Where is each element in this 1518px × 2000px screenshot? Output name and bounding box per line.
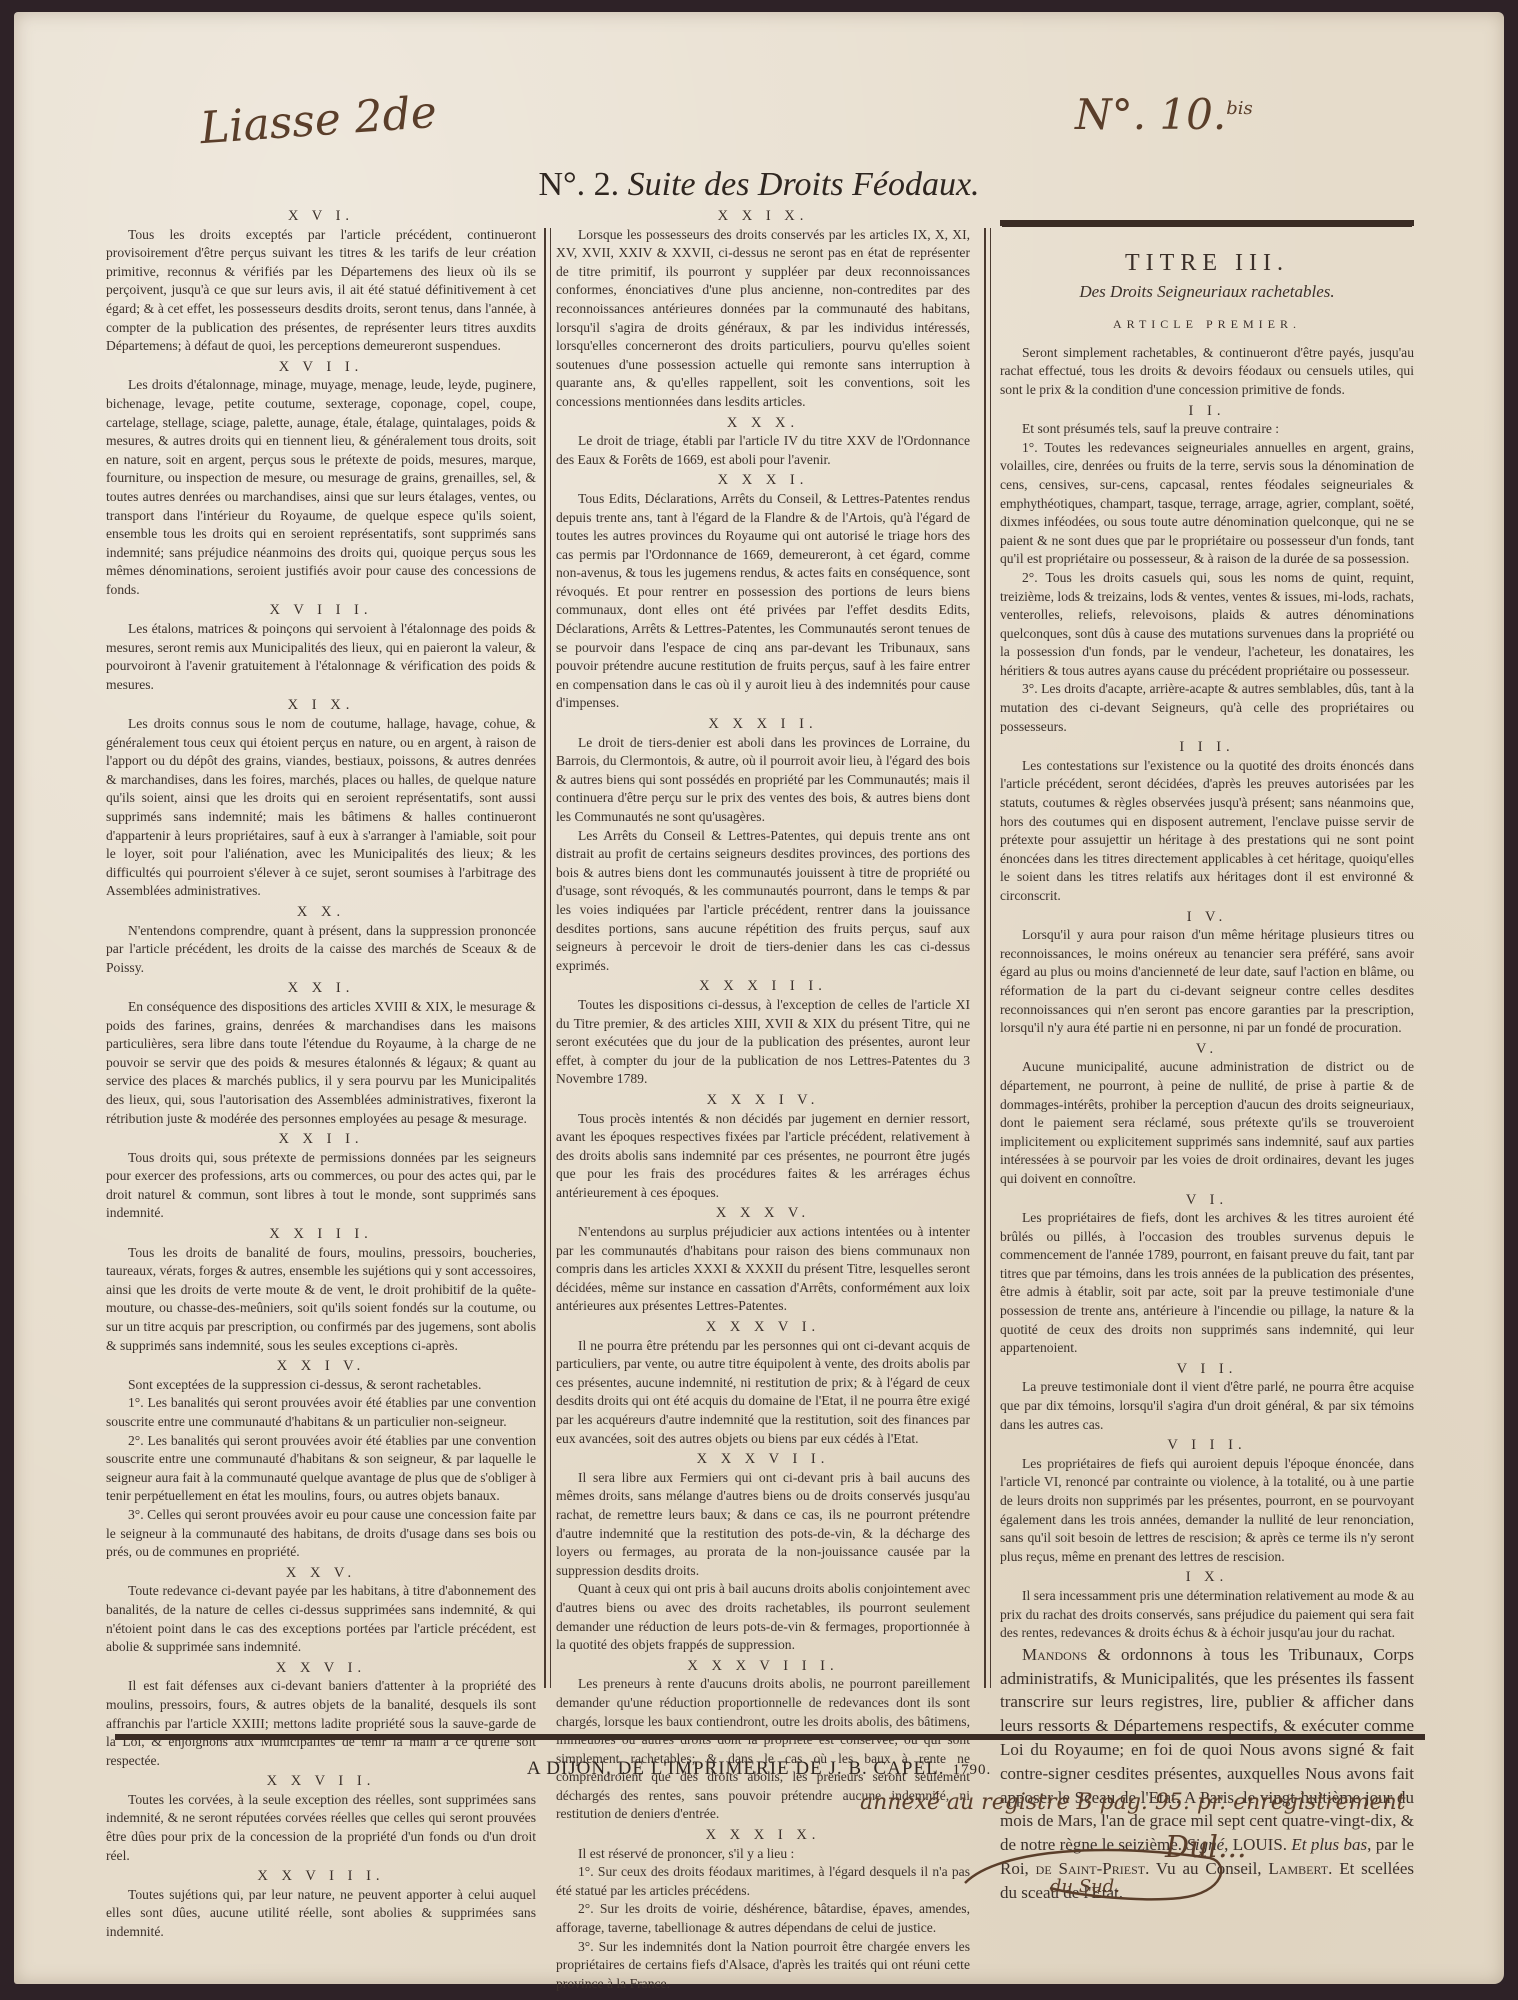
handwritten-number-note: N°. 10.bis [1075, 90, 1253, 139]
title-number: N°. 2. [538, 166, 619, 203]
article-number: X X I. [106, 979, 536, 998]
article-number: X V I I. [106, 358, 536, 377]
article-number: X X I V. [106, 1357, 536, 1376]
article-number: X X I I I. [106, 1225, 536, 1244]
printer-imprint: A DIJON, DE L'IMPRIMERIE DE J. B. CAPEL.… [0, 1758, 1518, 1780]
page-title: N°. 2. Suite des Droits Féodaux. [0, 166, 1518, 204]
closing-text-1: & ordonnons à tous les Tribunaux, Corps … [1000, 1645, 1414, 1854]
article-paragraph: Il ne pourra être prétendu par les perso… [556, 1337, 970, 1449]
article-number: X X X V I I. [556, 1450, 970, 1469]
article-paragraph: 2°. Tous les droits casuels qui, sous le… [1000, 569, 1414, 681]
article-number: V. [1000, 1040, 1414, 1059]
article-paragraph: 1°. Sur ceux des droits féodaux maritime… [556, 1863, 970, 1900]
article-paragraph: N'entendons au surplus préjudicier aux a… [556, 1223, 970, 1316]
article-number: X X X I. [556, 471, 970, 490]
article-paragraph: Seront simplement rachetables, & continu… [1000, 344, 1414, 400]
handwritten-number: N°. 10. [1075, 90, 1226, 139]
article-paragraph: Les droits connus sous le nom de coutume… [106, 715, 536, 901]
article-number: X X V. [106, 1564, 536, 1583]
article-paragraph: 2°. Sur les droits de voirie, déshérence… [556, 1900, 970, 1937]
title-text: Suite des Droits Féodaux. [628, 166, 980, 203]
article-number: X X I I. [106, 1130, 536, 1149]
article-number: X X X V I. [556, 1318, 970, 1337]
article-paragraph: Les droits d'étalonnage, minage, muyage,… [106, 376, 536, 599]
article-paragraph: Quant à ceux qui ont pris à bail aucuns … [556, 1580, 970, 1654]
titre-articles: Seront simplement rachetables, & continu… [1000, 344, 1414, 1643]
closing-mandons: Mandons [1022, 1645, 1087, 1664]
article-number: X X X I I I. [556, 977, 970, 996]
article-paragraph: Le droit de triage, établi par l'article… [556, 432, 970, 469]
article-paragraph: Il sera incessamment pris une déterminat… [1000, 1587, 1414, 1643]
article-number: V I I I. [1000, 1436, 1414, 1455]
article-number: X X X I X. [556, 1826, 970, 1845]
article-paragraph: 3°. Sur les indemnités dont la Nation po… [556, 1938, 970, 1994]
article-paragraph: 2°. Les banalités qui seront prouvées av… [106, 1432, 536, 1506]
column-divider-2 [984, 228, 991, 1688]
article-paragraph: 3°. Celles qui seront prouvées avoir eu … [106, 1506, 536, 1562]
article-number: X X. [106, 903, 536, 922]
article-paragraph: Aucune municipalité, aucune administrati… [1000, 1058, 1414, 1188]
article-paragraph: Il est fait défenses aux ci-devant banie… [106, 1677, 536, 1770]
article-number: X X I X. [556, 207, 970, 226]
article-paragraph: 1°. Toutes les redevances seigneuriales … [1000, 439, 1414, 569]
column-3: TITRE III. Des Droits Seigneuriaux rache… [1000, 220, 1414, 1905]
article-paragraph: Le droit de tiers-denier est aboli dans … [556, 734, 970, 827]
article-paragraph: Tous Edits, Déclarations, Arrêts du Cons… [556, 490, 970, 713]
article-paragraph: Toute redevance ci-devant payée par les … [106, 1582, 536, 1656]
article-number: X X X I V. [556, 1091, 970, 1110]
article-paragraph: Lorsque les possesseurs des droits conse… [556, 226, 970, 412]
article-paragraph: Toutes les dispositions ci-dessus, à l'e… [556, 996, 970, 1089]
article-paragraph: 1°. Les banalités qui seront prouvées av… [106, 1394, 536, 1431]
signature-flourish-icon [960, 1838, 1240, 1908]
article-paragraph: Tous droits qui, sous prétexte de permis… [106, 1149, 536, 1223]
column-divider-1 [544, 228, 551, 1688]
article-number: X I X. [106, 696, 536, 715]
article-paragraph: La preuve testimoniale dont il vient d'ê… [1000, 1378, 1414, 1434]
closing-lambert: Lambert [1268, 1859, 1328, 1878]
article-number: X X V I. [106, 1659, 536, 1678]
article-number: X X X. [556, 414, 970, 433]
column-2: X X I X.Lorsque les possesseurs des droi… [556, 205, 970, 1993]
article-paragraph: Les propriétaires de fiefs, dont les arc… [1000, 1209, 1414, 1358]
article-paragraph: Les propriétaires de fiefs qui auroient … [1000, 1455, 1414, 1567]
article-number: I X. [1000, 1568, 1414, 1587]
article-number: V I. [1000, 1191, 1414, 1210]
handwritten-register-note: annexé au registre B pag. 95. pr. enregi… [860, 1790, 1405, 1815]
article-number: X V I I I. [106, 601, 536, 620]
imprint-year: 1790. [952, 1762, 991, 1778]
article-paragraph: Les contestations sur l'existence ou la … [1000, 757, 1414, 906]
titre-rule [1000, 220, 1414, 226]
handwritten-bis: bis [1226, 98, 1253, 119]
article-paragraph: Sont exceptées de la suppression ci-dess… [106, 1376, 536, 1395]
article-paragraph: Les étalons, matrices & poinçons qui ser… [106, 620, 536, 694]
imprint-text: A DIJON, DE L'IMPRIMERIE DE J. B. CAPEL. [527, 1758, 945, 1779]
article-paragraph: Tous les droits exceptés par l'article p… [106, 226, 536, 356]
titre-subtitle: Des Droits Seigneuriaux rachetables. [1000, 283, 1414, 302]
article-number: X X X V I I I. [556, 1657, 970, 1676]
article-paragraph: Toutes les corvées, à la seule exception… [106, 1791, 536, 1865]
closing-et-plus-bas: Et plus bas [1291, 1835, 1367, 1854]
article-paragraph: Et sont présumés tels, sauf la preuve co… [1000, 420, 1414, 439]
article-paragraph: En conséquence des dispositions des arti… [106, 998, 536, 1128]
footer-rule [115, 1734, 1425, 1740]
article-paragraph: Tous les droits de banalité de fours, mo… [106, 1244, 536, 1356]
article-number: I V. [1000, 908, 1414, 927]
article-number: I I I. [1000, 738, 1414, 757]
article-paragraph: Lorsqu'il y aura pour raison d'un même h… [1000, 926, 1414, 1038]
article-paragraph: Il sera libre aux Fermiers qui ont ci-de… [556, 1469, 970, 1581]
titre-heading: TITRE III. [1000, 254, 1414, 273]
article-number: X V I. [106, 207, 536, 226]
article-number: I I. [1000, 402, 1414, 421]
article-paragraph: Tous procès intentés & non décidés par j… [556, 1110, 970, 1203]
article-paragraph: Il est réservé de prononcer, s'il y a li… [556, 1845, 970, 1864]
column-1: X V I.Tous les droits exceptés par l'art… [106, 205, 536, 1942]
article-paragraph: N'entendons comprendre, quant à présent,… [106, 922, 536, 978]
article-premier-heading: ARTICLE PREMIER. [1000, 315, 1414, 334]
article-paragraph: Toutes sujétions qui, par leur nature, n… [106, 1886, 536, 1942]
handwritten-signature-title: du Sud. [1050, 1876, 1120, 1897]
article-number: X X X V. [556, 1204, 970, 1223]
article-paragraph: Les Arrêts du Conseil & Lettres-Patentes… [556, 827, 970, 976]
article-number: V I I. [1000, 1360, 1414, 1379]
article-paragraph: 3°. Les droits d'acapte, arrière-acapte … [1000, 680, 1414, 736]
article-number: X X X I I. [556, 715, 970, 734]
article-number: X X V I I I. [106, 1867, 536, 1886]
